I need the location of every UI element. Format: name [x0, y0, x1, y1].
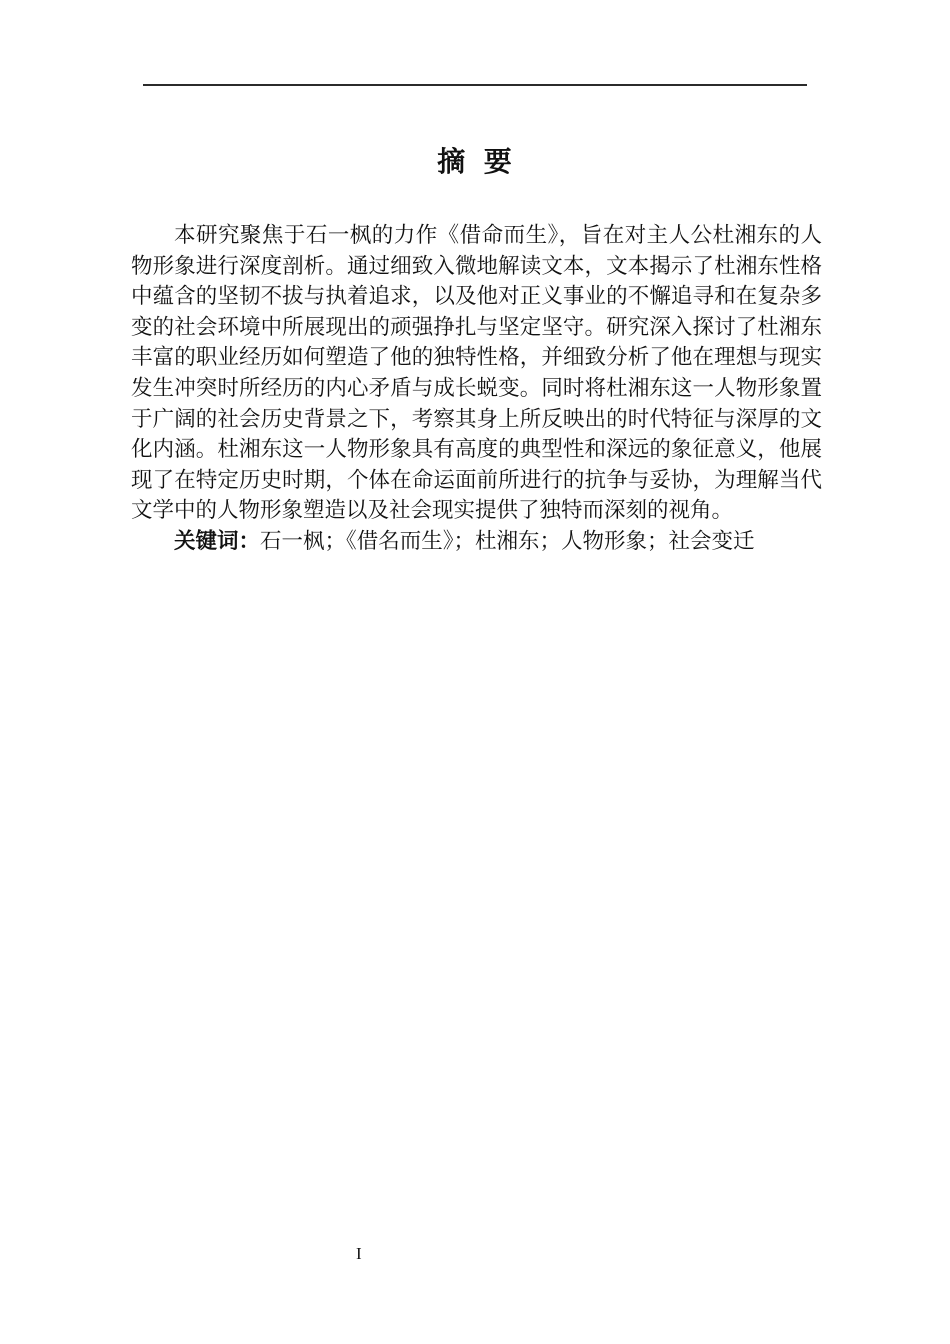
keywords-label: 关键词： — [174, 529, 260, 553]
page-number: I — [356, 1244, 362, 1264]
keywords-line: 关键词：石一枫；《借名而生》；杜湘东；人物形象；社会变迁 — [131, 526, 822, 557]
keywords-text: 石一枫；《借名而生》；杜湘东；人物形象；社会变迁 — [260, 529, 755, 553]
document-page: 摘 要 本研究聚焦于石一枫的力作《借命而生》，旨在对主人公杜湘东的人物形象进行深… — [0, 0, 950, 1344]
abstract-body: 本研究聚焦于石一枫的力作《借命而生》，旨在对主人公杜湘东的人物形象进行深度剖析。… — [131, 220, 822, 557]
abstract-paragraph: 本研究聚焦于石一枫的力作《借命而生》，旨在对主人公杜湘东的人物形象进行深度剖析。… — [131, 220, 822, 526]
page-title: 摘 要 — [0, 146, 950, 178]
header-rule — [143, 84, 807, 86]
